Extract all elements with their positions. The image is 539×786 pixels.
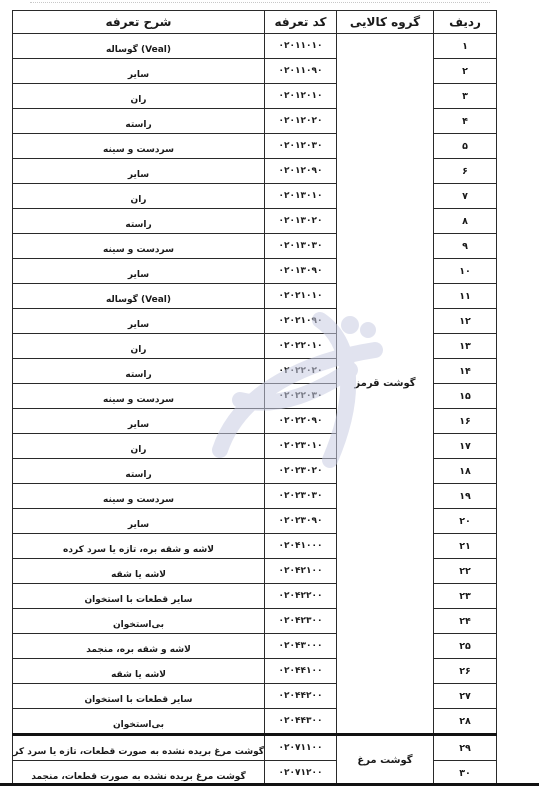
tariff-description-cell: لاشه یا شقه [13,559,265,584]
header-tariff-code: کد تعرفه [265,11,337,34]
tariff-description-cell: سایر [13,409,265,434]
row-number-cell: ۲۱ [434,534,497,559]
row-number-cell: ۶ [434,159,497,184]
tariff-description-cell: ران [13,434,265,459]
header-row: ردیف گروه کالایی کد تعرفه شرح تعرفه [13,11,497,34]
tariff-description-cell: سایر [13,59,265,84]
tariff-code-cell: ۰۲۰۴۲۱۰۰ [265,559,337,584]
tariff-description-cell-text: راسته [125,370,151,380]
tariff-description-cell-text: گوشت مرغ بریده نشده به صورت قطعات، منجمد [31,772,245,782]
table-row: ۲۹گوشت مرغ۰۲۰۷۱۱۰۰گوشت مرغ بریده نشده به… [13,735,497,761]
tariff-code-cell: ۰۲۰۲۲۰۳۰ [265,384,337,409]
row-number-cell: ۲۰ [434,509,497,534]
tariff-description-cell-text: بی‌استخوان [113,620,164,630]
tariff-description-cell: سایر [13,159,265,184]
tariff-code-cell: ۰۲۰۴۲۳۰۰ [265,609,337,634]
tariff-description-cell-text: (Veal) گوساله [106,295,171,305]
row-number-cell: ۲۴ [434,609,497,634]
product-group-cell: گوشت قرمز [337,34,434,735]
tariff-code-cell: ۰۲۰۴۳۰۰۰ [265,634,337,659]
tariff-description-cell-text: لاشه و شقه بره، تازه یا سرد کرده [63,545,214,555]
tariff-description-cell: گوشت مرغ بریده نشده به صورت قطعات، تازه … [13,735,265,761]
tariff-description-cell: سردست و سینه [13,384,265,409]
row-number-cell: ۱۰ [434,259,497,284]
tariff-description-cell: راسته [13,209,265,234]
tariff-code-cell: ۰۲۰۱۳۰۳۰ [265,234,337,259]
tariff-code-cell: ۰۲۰۲۲۰۹۰ [265,409,337,434]
tariff-description-cell-text: سردست و سینه [103,395,174,405]
tariff-code-cell: ۰۲۰۴۱۰۰۰ [265,534,337,559]
tariff-description-cell: سایر [13,509,265,534]
tariff-code-cell: ۰۲۰۴۴۱۰۰ [265,659,337,684]
tariff-description-cell: بی‌استخوان [13,709,265,735]
tariff-code-cell: ۰۲۰۱۳۰۲۰ [265,209,337,234]
row-number-cell: ۲ [434,59,497,84]
tariff-description-cell-text: سایر قطعات با استخوان [84,695,192,705]
tariff-code-cell: ۰۲۰۲۱۰۱۰ [265,284,337,309]
tariff-description-cell-text: ران [131,195,147,205]
row-number-cell: ۳ [434,84,497,109]
tariff-code-cell: ۰۲۰۴۴۲۰۰ [265,684,337,709]
row-number-cell: ۲۳ [434,584,497,609]
tariff-code-cell: ۰۲۰۱۲۰۹۰ [265,159,337,184]
tariff-code-cell: ۰۲۰۱۲۰۱۰ [265,84,337,109]
tariff-code-cell: ۰۲۰۲۱۰۹۰ [265,309,337,334]
row-number-cell: ۵ [434,134,497,159]
tariff-description-cell: سردست و سینه [13,234,265,259]
tariff-description-cell: بی‌استخوان [13,609,265,634]
row-number-cell: ۳۰ [434,761,497,786]
tariff-description-cell-text: سایر [128,520,149,530]
tariff-description-cell: ران [13,184,265,209]
tariff-description-cell: (Veal) گوساله [13,284,265,309]
tariff-description-cell: گوشت مرغ بریده نشده به صورت قطعات، منجمد [13,761,265,786]
tariff-description-cell-text: سایر قطعات با استخوان [84,595,192,605]
tariff-description-cell: لاشه و شقه بره، منجمد [13,634,265,659]
tariff-description-cell-text: راسته [125,470,151,480]
row-number-cell: ۱۵ [434,384,497,409]
tariff-description-cell: ران [13,334,265,359]
tariff-code-cell: ۰۲۰۲۲۰۲۰ [265,359,337,384]
tariff-description-cell-text: راسته [125,220,151,230]
row-number-cell: ۱ [434,34,497,59]
tariff-description-cell: سایر [13,259,265,284]
row-number-cell: ۲۵ [434,634,497,659]
tariff-code-cell: ۰۲۰۱۱۰۱۰ [265,34,337,59]
tariff-description-cell-text: سردست و سینه [103,495,174,505]
row-number-cell: ۹ [434,234,497,259]
tariff-description-cell-text: لاشه و شقه بره، منجمد [86,645,191,655]
tariff-description-cell-text: لاشه یا شقه [111,670,166,680]
tariff-description-cell-text: لاشه یا شقه [111,570,166,580]
row-number-cell: ۱۹ [434,484,497,509]
tariff-description-cell-text: ران [131,345,147,355]
tariff-description-cell-text: سایر [128,420,149,430]
tariff-code-cell: ۰۲۰۴۲۲۰۰ [265,584,337,609]
tariff-description-cell-text: گوشت مرغ بریده نشده به صورت قطعات، تازه … [13,747,265,757]
tariff-code-cell: ۰۲۰۱۱۰۹۰ [265,59,337,84]
tariff-description-cell: (Veal) گوساله [13,34,265,59]
tariff-description-cell: سایر قطعات با استخوان [13,684,265,709]
tariff-code-cell: ۰۲۰۱۲۰۳۰ [265,134,337,159]
tariff-description-cell: سایر قطعات با استخوان [13,584,265,609]
tariff-description-cell: سردست و سینه [13,484,265,509]
tariff-description-cell-text: راسته [125,120,151,130]
tariff-description-cell-text: ران [131,445,147,455]
row-number-cell: ۱۳ [434,334,497,359]
tariff-code-cell: ۰۲۰۴۴۳۰۰ [265,709,337,735]
tariff-description-cell-text: سایر [128,70,149,80]
tariff-description-cell: راسته [13,359,265,384]
row-number-cell: ۱۷ [434,434,497,459]
tariff-description-cell: لاشه و شقه بره، تازه یا سرد کرده [13,534,265,559]
tariff-code-cell: ۰۲۰۲۳۰۲۰ [265,459,337,484]
row-number-cell: ۸ [434,209,497,234]
tariff-code-cell: ۰۲۰۱۲۰۲۰ [265,109,337,134]
tariff-description-cell-text: سردست و سینه [103,145,174,155]
tariff-code-cell: ۰۲۰۲۲۰۱۰ [265,334,337,359]
tariff-description-cell-text: (Veal) گوساله [106,45,171,55]
tariff-description-cell: لاشه یا شقه [13,659,265,684]
tariff-description-cell-text: سایر [128,170,149,180]
tariff-code-cell: ۰۲۰۱۳۰۱۰ [265,184,337,209]
row-number-cell: ۲۷ [434,684,497,709]
row-number-cell: ۲۶ [434,659,497,684]
table-row: ۱گوشت قرمز۰۲۰۱۱۰۱۰(Veal) گوساله [13,34,497,59]
product-group-cell: گوشت مرغ [337,735,434,786]
row-number-cell: ۱۸ [434,459,497,484]
tariff-description-cell-text: بی‌استخوان [113,720,164,730]
tariff-description-cell-text: سایر [128,320,149,330]
row-number-cell: ۱۱ [434,284,497,309]
tariff-code-cell: ۰۲۰۷۱۱۰۰ [265,735,337,761]
tariff-code-cell: ۰۲۰۷۱۲۰۰ [265,761,337,786]
tariff-description-cell: سردست و سینه [13,134,265,159]
row-number-cell: ۲۸ [434,709,497,735]
tariff-description-cell: راسته [13,109,265,134]
header-product-group: گروه کالایی [337,11,434,34]
tariff-description-cell: راسته [13,459,265,484]
row-number-cell: ۲۲ [434,559,497,584]
header-tariff-description: شرح تعرفه [13,11,265,34]
row-number-cell: ۴ [434,109,497,134]
tariff-code-cell: ۰۲۰۲۳۰۹۰ [265,509,337,534]
row-number-cell: ۲۹ [434,735,497,761]
tariff-description-cell-text: سایر [128,270,149,280]
tariff-table: ردیف گروه کالایی کد تعرفه شرح تعرفه ۱گوش… [12,10,497,786]
tariff-code-cell: ۰۲۰۲۳۰۱۰ [265,434,337,459]
row-number-cell: ۱۶ [434,409,497,434]
row-number-cell: ۱۲ [434,309,497,334]
header-row-number: ردیف [434,11,497,34]
row-number-cell: ۱۴ [434,359,497,384]
tariff-description-cell: ران [13,84,265,109]
scan-artifact [30,2,490,6]
tariff-description-cell-text: سردست و سینه [103,245,174,255]
tariff-code-cell: ۰۲۰۲۳۰۳۰ [265,484,337,509]
tariff-description-cell: سایر [13,309,265,334]
row-number-cell: ۷ [434,184,497,209]
tariff-description-cell-text: ران [131,95,147,105]
tariff-code-cell: ۰۲۰۱۳۰۹۰ [265,259,337,284]
